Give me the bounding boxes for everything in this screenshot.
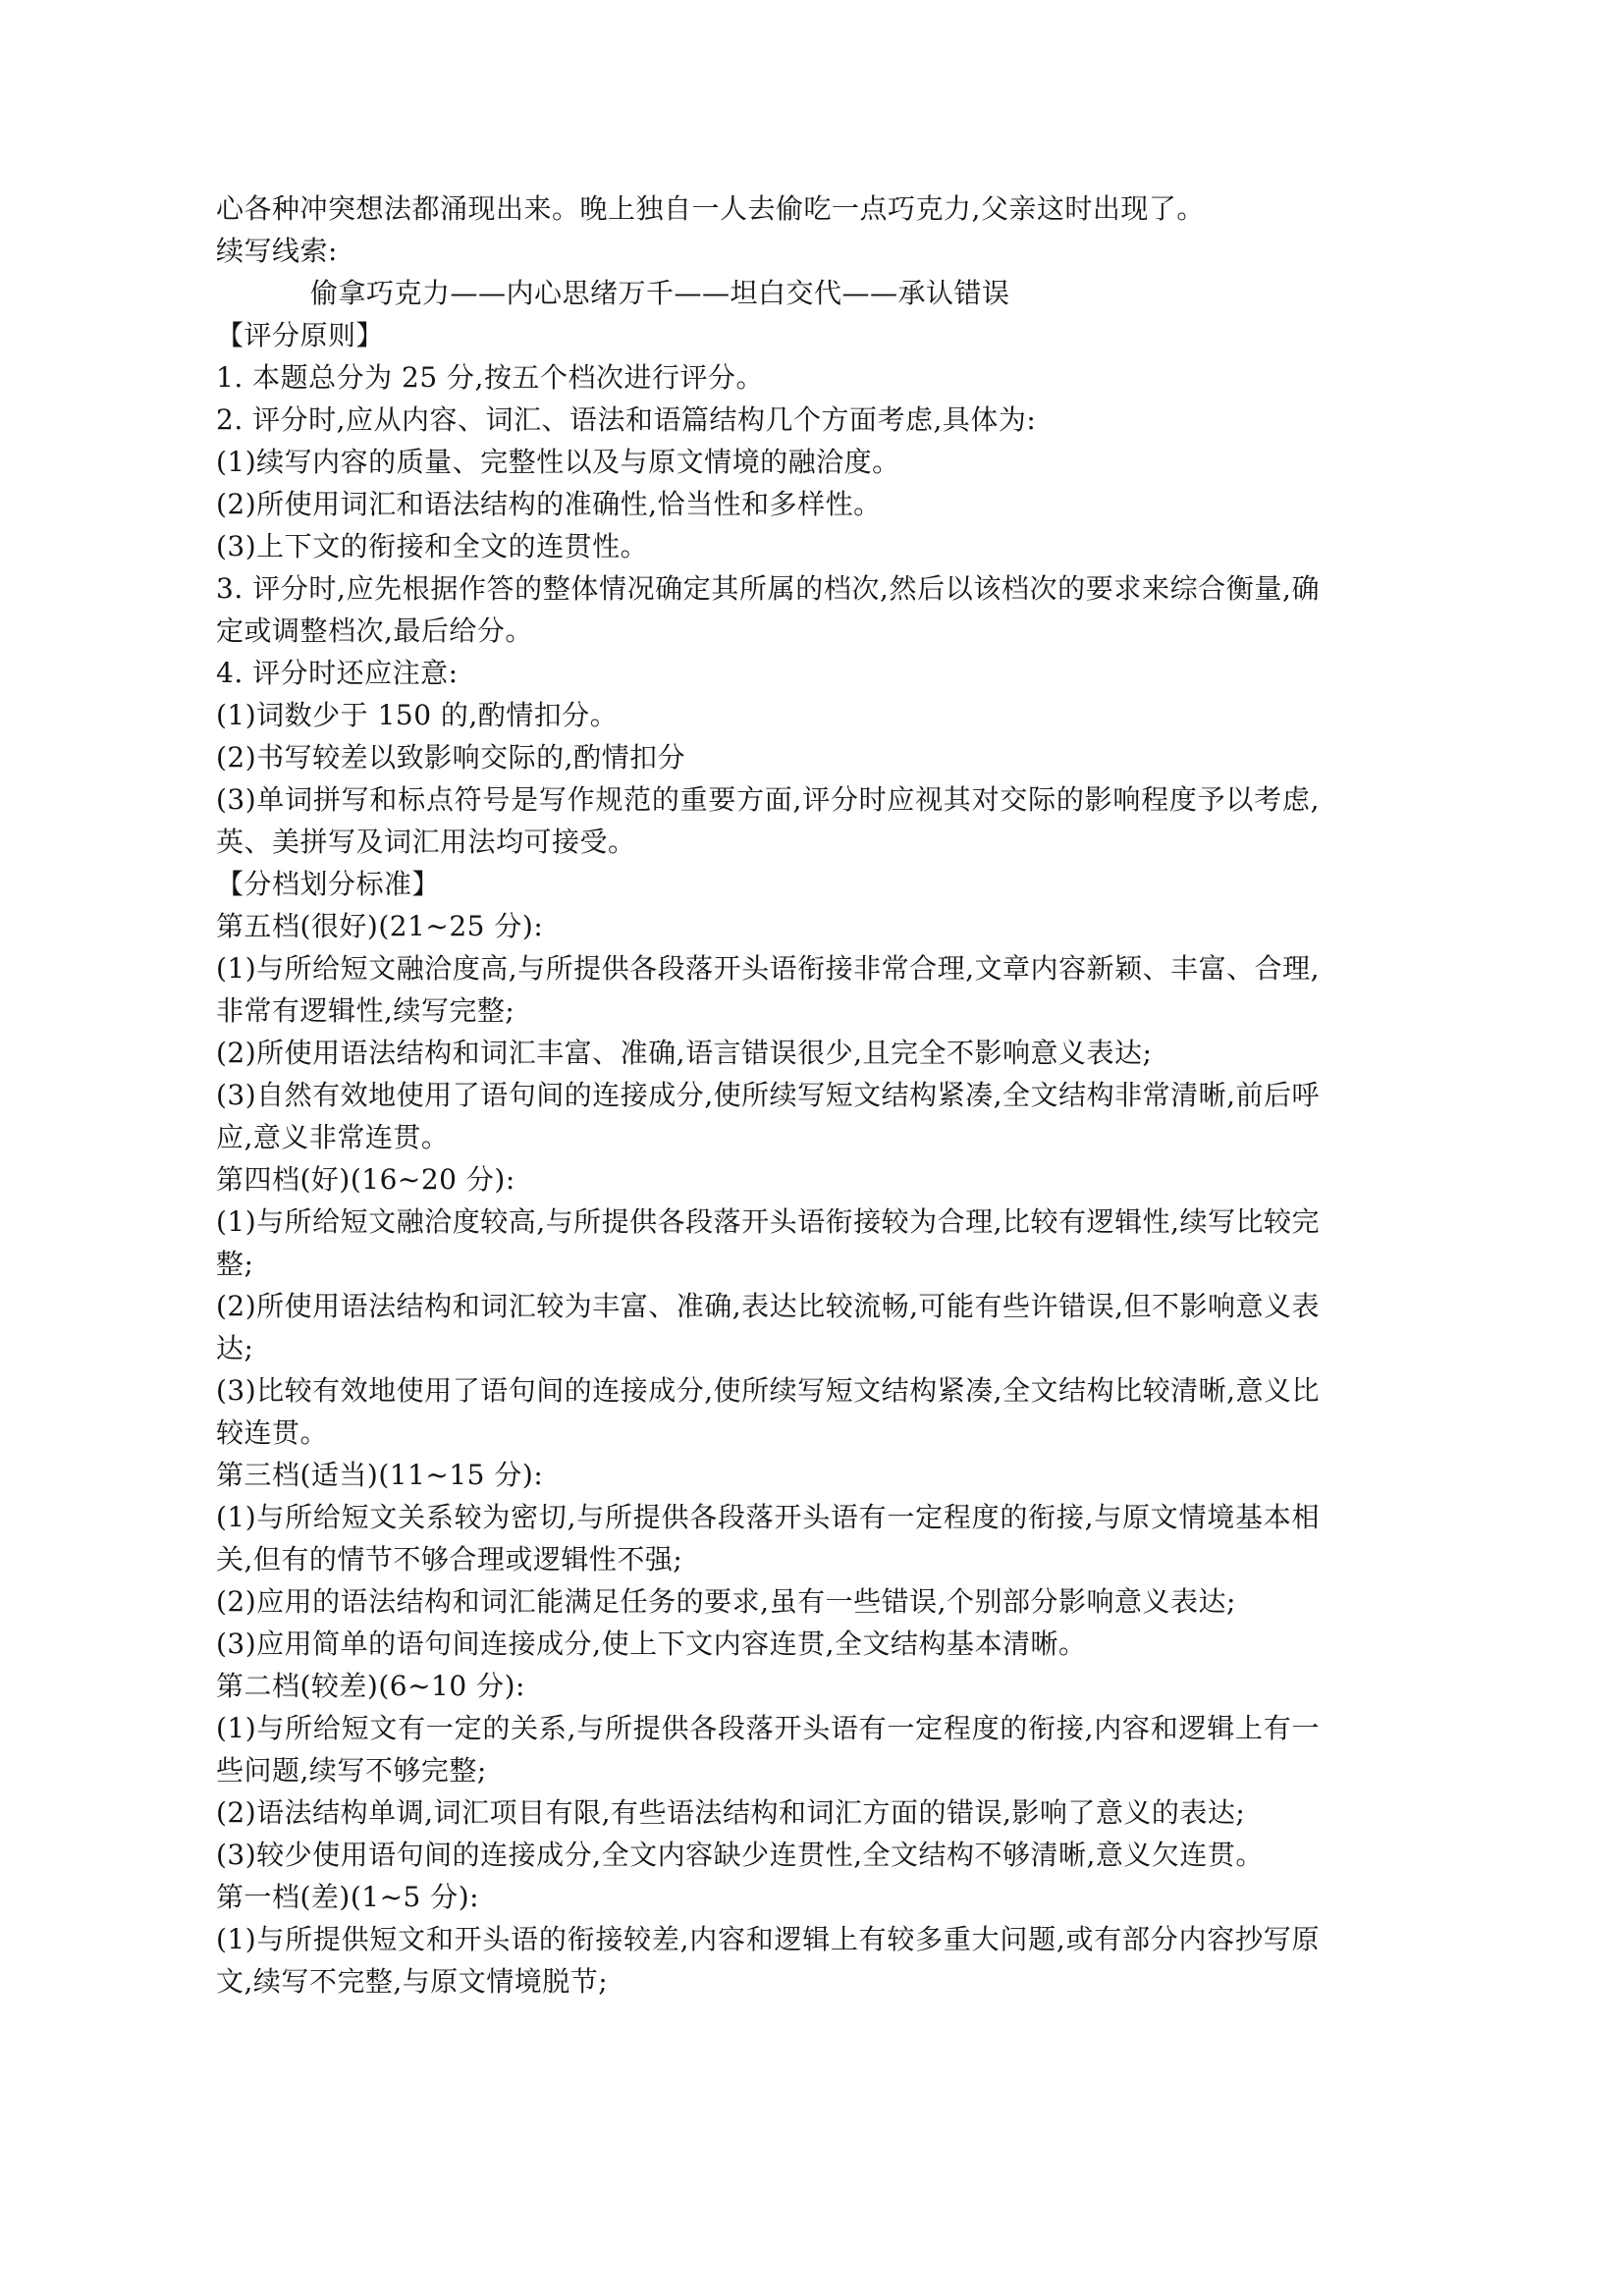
band-criterion: (3)应用简单的语句间连接成分,使上下文内容连贯,全文结构基本清晰。 bbox=[216, 1623, 1320, 1665]
scoring-principle-item: 4. 评分时还应注意: bbox=[216, 652, 1320, 694]
band-criterion: (1)与所给短文有一定的关系,与所提供各段落开头语有一定程度的衔接,内容和逻辑上… bbox=[216, 1707, 1320, 1791]
band-criteria-heading: 【分档划分标准】 bbox=[216, 863, 1320, 905]
band-criterion: (1)与所给短文融洽度较高,与所提供各段落开头语衔接较为合理,比较有逻辑性,续写… bbox=[216, 1201, 1320, 1285]
scoring-principle-item: (1)词数少于 150 的,酌情扣分。 bbox=[216, 694, 1320, 736]
band-title: 第一档(差)(1~5 分): bbox=[216, 1876, 1320, 1918]
scoring-principle-item: (3)单词拼写和标点符号是写作规范的重要方面,评分时应视其对交际的影响程度予以考… bbox=[216, 778, 1320, 863]
continuation-clue-sequence: 偷拿巧克力——内心思绪万千——坦白交代——承认错误 bbox=[216, 272, 1320, 314]
scoring-principle-item: 2. 评分时,应从内容、词汇、语法和语篇结构几个方面考虑,具体为: bbox=[216, 399, 1320, 441]
continuation-clue-label: 续写线索: bbox=[216, 230, 1320, 272]
document-page: 心各种冲突想法都涌现出来。晚上独自一人去偷吃一点巧克力,父亲这时出现了。 续写线… bbox=[0, 0, 1624, 2296]
band-criterion: (3)较少使用语句间的连接成分,全文内容缺少连贯性,全文结构不够清晰,意义欠连贯… bbox=[216, 1834, 1320, 1876]
band-criterion: (2)应用的语法结构和词汇能满足任务的要求,虽有一些错误,个别部分影响意义表达; bbox=[216, 1580, 1320, 1623]
scoring-principle-item: (3)上下文的衔接和全文的连贯性。 bbox=[216, 525, 1320, 567]
scoring-principle-item: (2)书写较差以致影响交际的,酌情扣分 bbox=[216, 736, 1320, 778]
band-criterion: (2)所使用语法结构和词汇较为丰富、准确,表达比较流畅,可能有些许错误,但不影响… bbox=[216, 1285, 1320, 1369]
scoring-principle-item: 1. 本题总分为 25 分,按五个档次进行评分。 bbox=[216, 356, 1320, 399]
band-title: 第三档(适当)(11~15 分): bbox=[216, 1454, 1320, 1496]
story-excerpt-text: 心各种冲突想法都涌现出来。晚上独自一人去偷吃一点巧克力,父亲这时出现了。 bbox=[216, 187, 1320, 230]
band-criterion: (3)自然有效地使用了语句间的连接成分,使所续写短文结构紧凑,全文结构非常清晰,… bbox=[216, 1074, 1320, 1158]
band-title: 第四档(好)(16~20 分): bbox=[216, 1158, 1320, 1201]
band-criterion: (1)与所给短文融洽度高,与所提供各段落开头语衔接非常合理,文章内容新颖、丰富、… bbox=[216, 947, 1320, 1032]
scoring-principle-item: 3. 评分时,应先根据作答的整体情况确定其所属的档次,然后以该档次的要求来综合衡… bbox=[216, 567, 1320, 652]
scoring-principle-item: (1)续写内容的质量、完整性以及与原文情境的融洽度。 bbox=[216, 441, 1320, 483]
band-title: 第五档(很好)(21~25 分): bbox=[216, 905, 1320, 947]
band-criterion: (2)所使用语法结构和词汇丰富、准确,语言错误很少,且完全不影响意义表达; bbox=[216, 1032, 1320, 1074]
band-criterion: (1)与所提供短文和开头语的衔接较差,内容和逻辑上有较多重大问题,或有部分内容抄… bbox=[216, 1918, 1320, 2002]
band-criterion: (2)语法结构单调,词汇项目有限,有些语法结构和词汇方面的错误,影响了意义的表达… bbox=[216, 1791, 1320, 1834]
scoring-principles-heading: 【评分原则】 bbox=[216, 314, 1320, 356]
scoring-principle-item: (2)所使用词汇和语法结构的准确性,恰当性和多样性。 bbox=[216, 483, 1320, 525]
band-title: 第二档(较差)(6~10 分): bbox=[216, 1665, 1320, 1707]
band-criterion: (3)比较有效地使用了语句间的连接成分,使所续写短文结构紧凑,全文结构比较清晰,… bbox=[216, 1369, 1320, 1454]
band-criterion: (1)与所给短文关系较为密切,与所提供各段落开头语有一定程度的衔接,与原文情境基… bbox=[216, 1496, 1320, 1580]
